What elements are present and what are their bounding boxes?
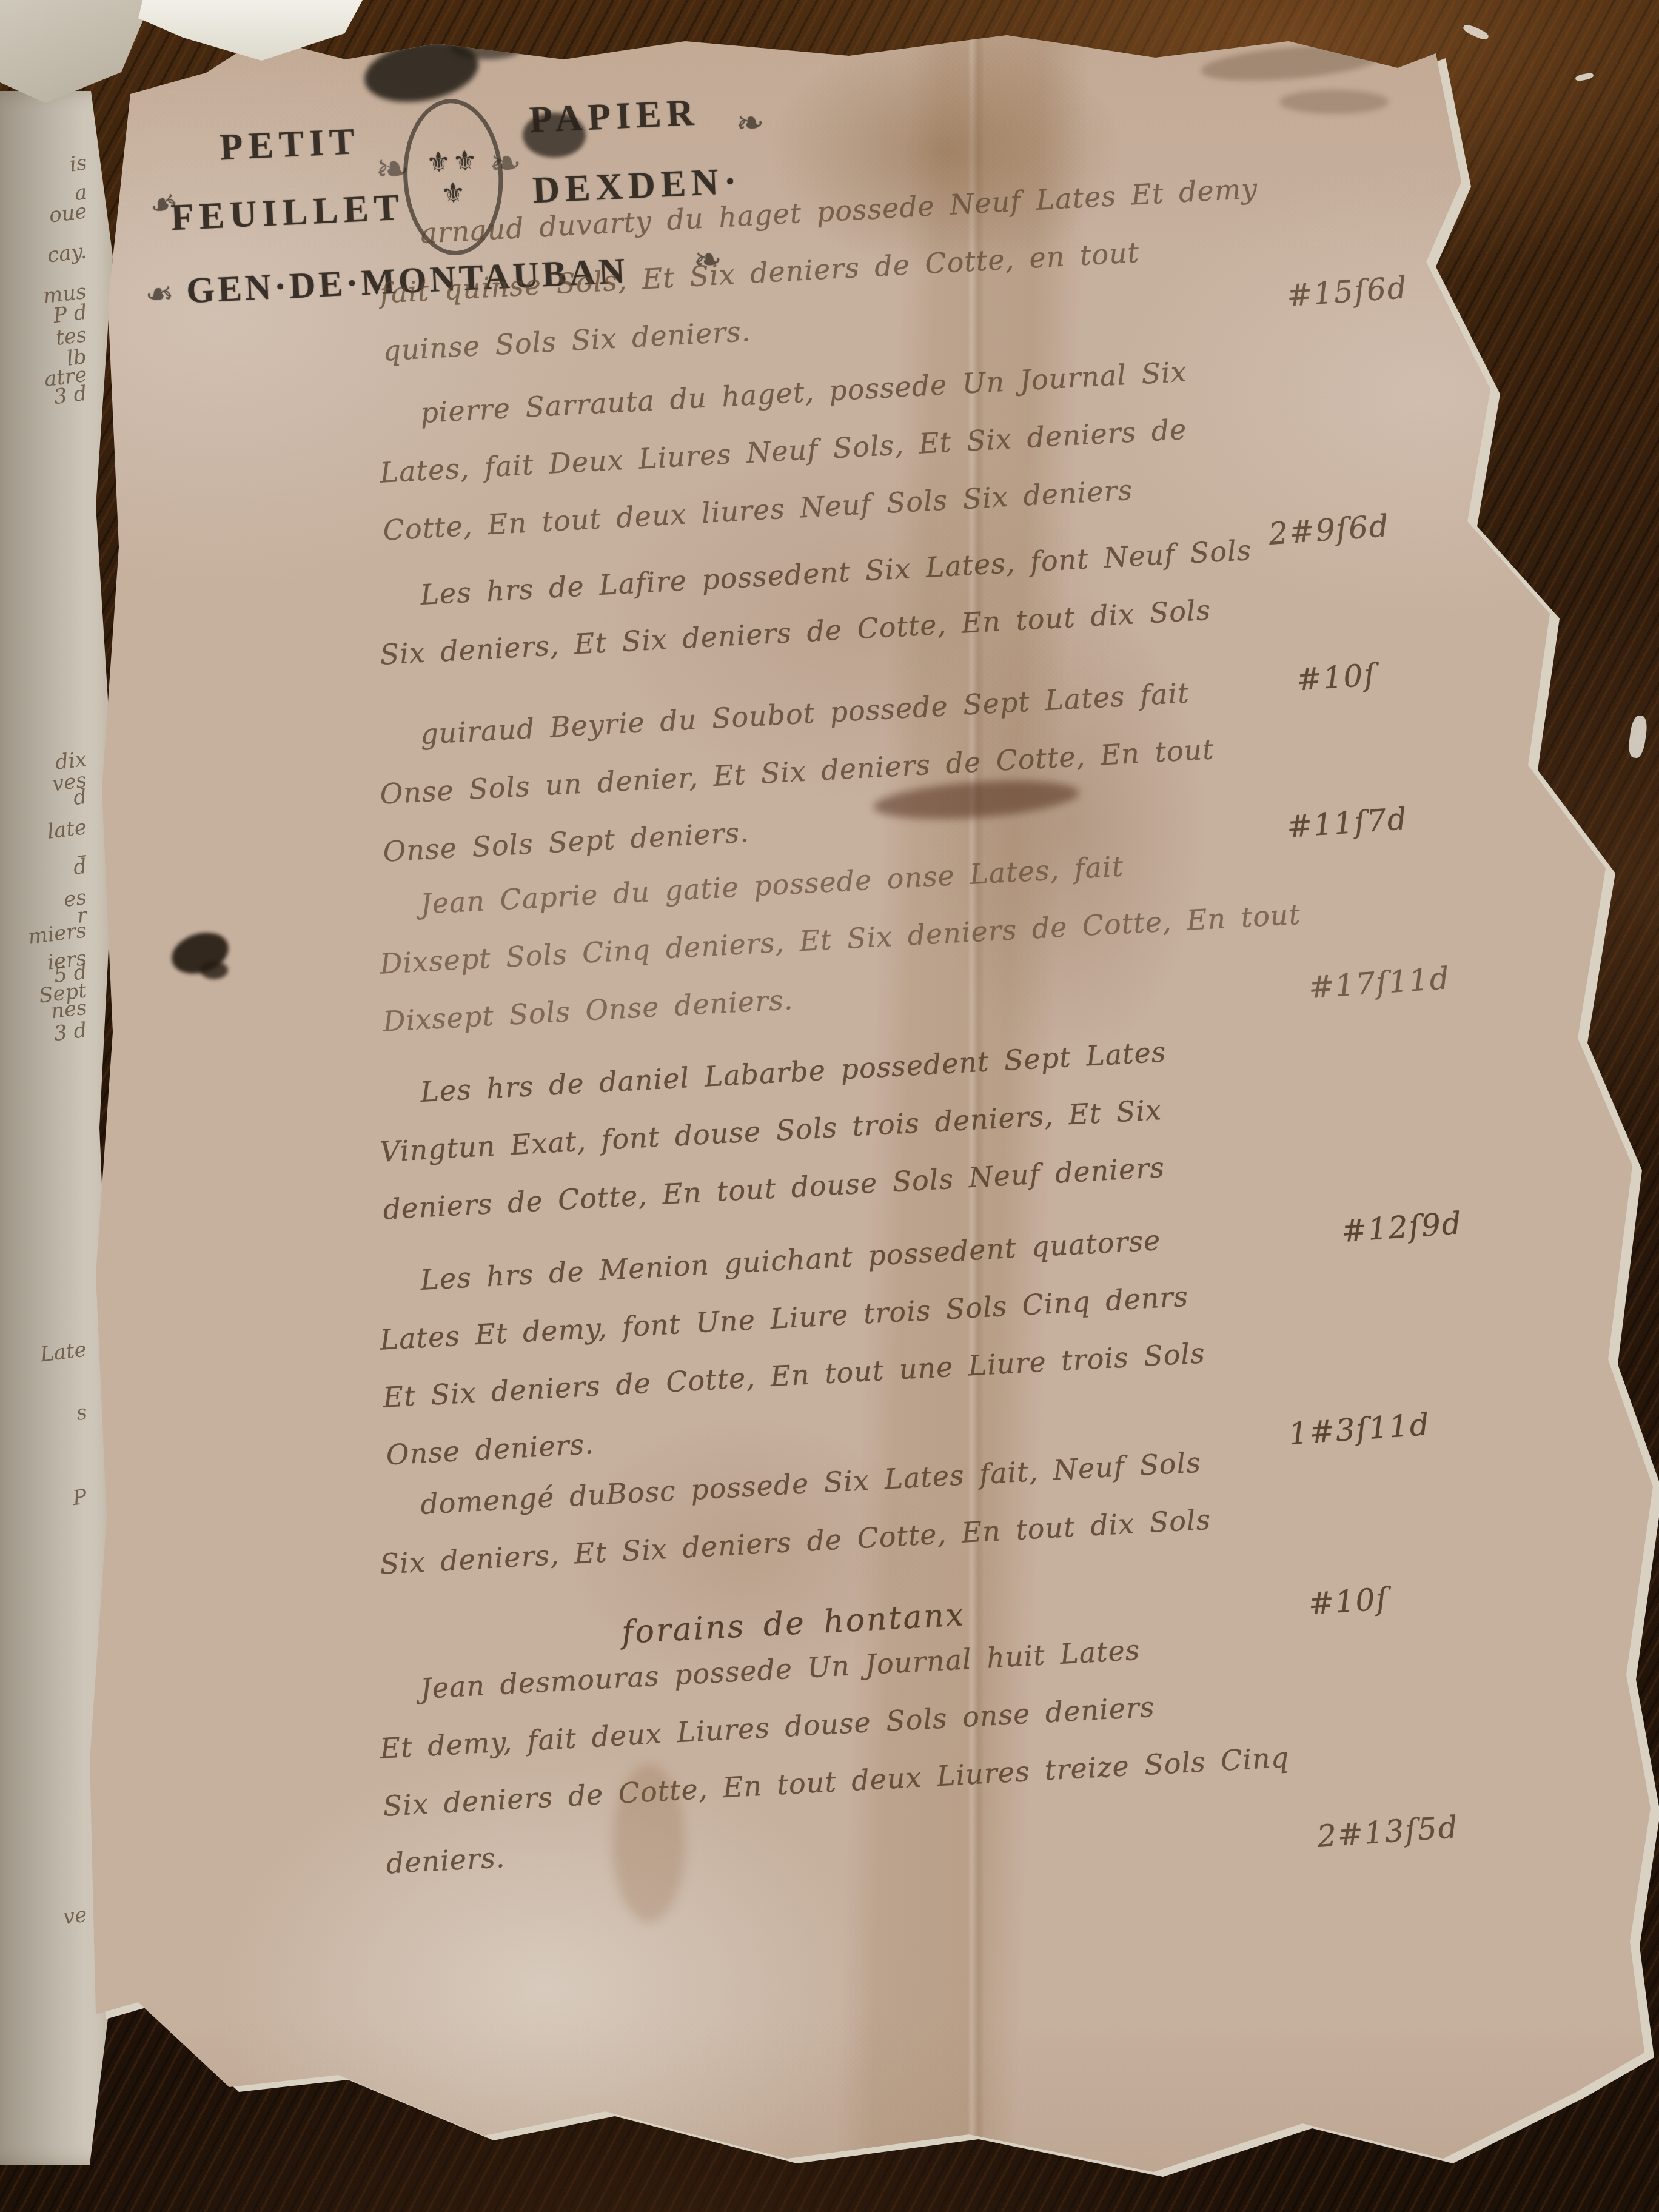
fleur-de-lis-icon: ⚜⚜ [426, 144, 480, 178]
previous-page-text-fragment: miers [27, 918, 88, 950]
ink-smudge [450, 35, 523, 59]
flourish-icon: ❧ [735, 103, 765, 144]
section-header: forains de hontanx [621, 1597, 967, 1651]
wood-debris-speck [1575, 72, 1594, 82]
previous-page-text-fragment: s [75, 1400, 88, 1426]
stamp-word: FEUILLET [170, 186, 405, 240]
previous-page-text-fragment: ve [61, 1903, 88, 1929]
curled-paper-corner [138, 0, 363, 61]
previous-page-text-fragment: late [46, 815, 88, 844]
tax-entry: Jean desmouras possede Un Journal huit L… [376, 1617, 1454, 1905]
stamp-word: PETIT [219, 120, 361, 169]
manuscript-page: ❧ PETIT PAPIER FEUILLET DEXDEN· ❧ ☙ ⚜⚜ ⚜… [0, 0, 1659, 2212]
faded-ink-mark [1199, 39, 1383, 87]
previous-page-text-fragment: 3 d [53, 381, 89, 409]
ink-blot [200, 961, 228, 979]
previous-page-text-fragment: is [68, 150, 88, 176]
previous-page-text-fragment: cay. [46, 239, 88, 268]
faded-ink-mark [1279, 90, 1389, 114]
curled-paper-corner [0, 0, 152, 103]
previous-page-text-fragment: P [72, 1485, 89, 1510]
wood-debris-speck [1462, 23, 1490, 42]
previous-page-text-fragment: Late [39, 1337, 88, 1367]
previous-page-text-fragment: oue [47, 199, 88, 227]
wing-flourish-icon: ❧ [488, 141, 523, 187]
flourish-icon: ❧ [144, 274, 175, 315]
ink-smudge [523, 113, 586, 158]
water-stain [612, 1765, 685, 1922]
wood-debris-speck [1627, 715, 1648, 759]
previous-page-text-fragment: 3 d [53, 1018, 89, 1046]
entry-amount: #10ſ [1307, 1581, 1390, 1621]
fleur-de-lis-icon: ⚜ [440, 176, 468, 209]
